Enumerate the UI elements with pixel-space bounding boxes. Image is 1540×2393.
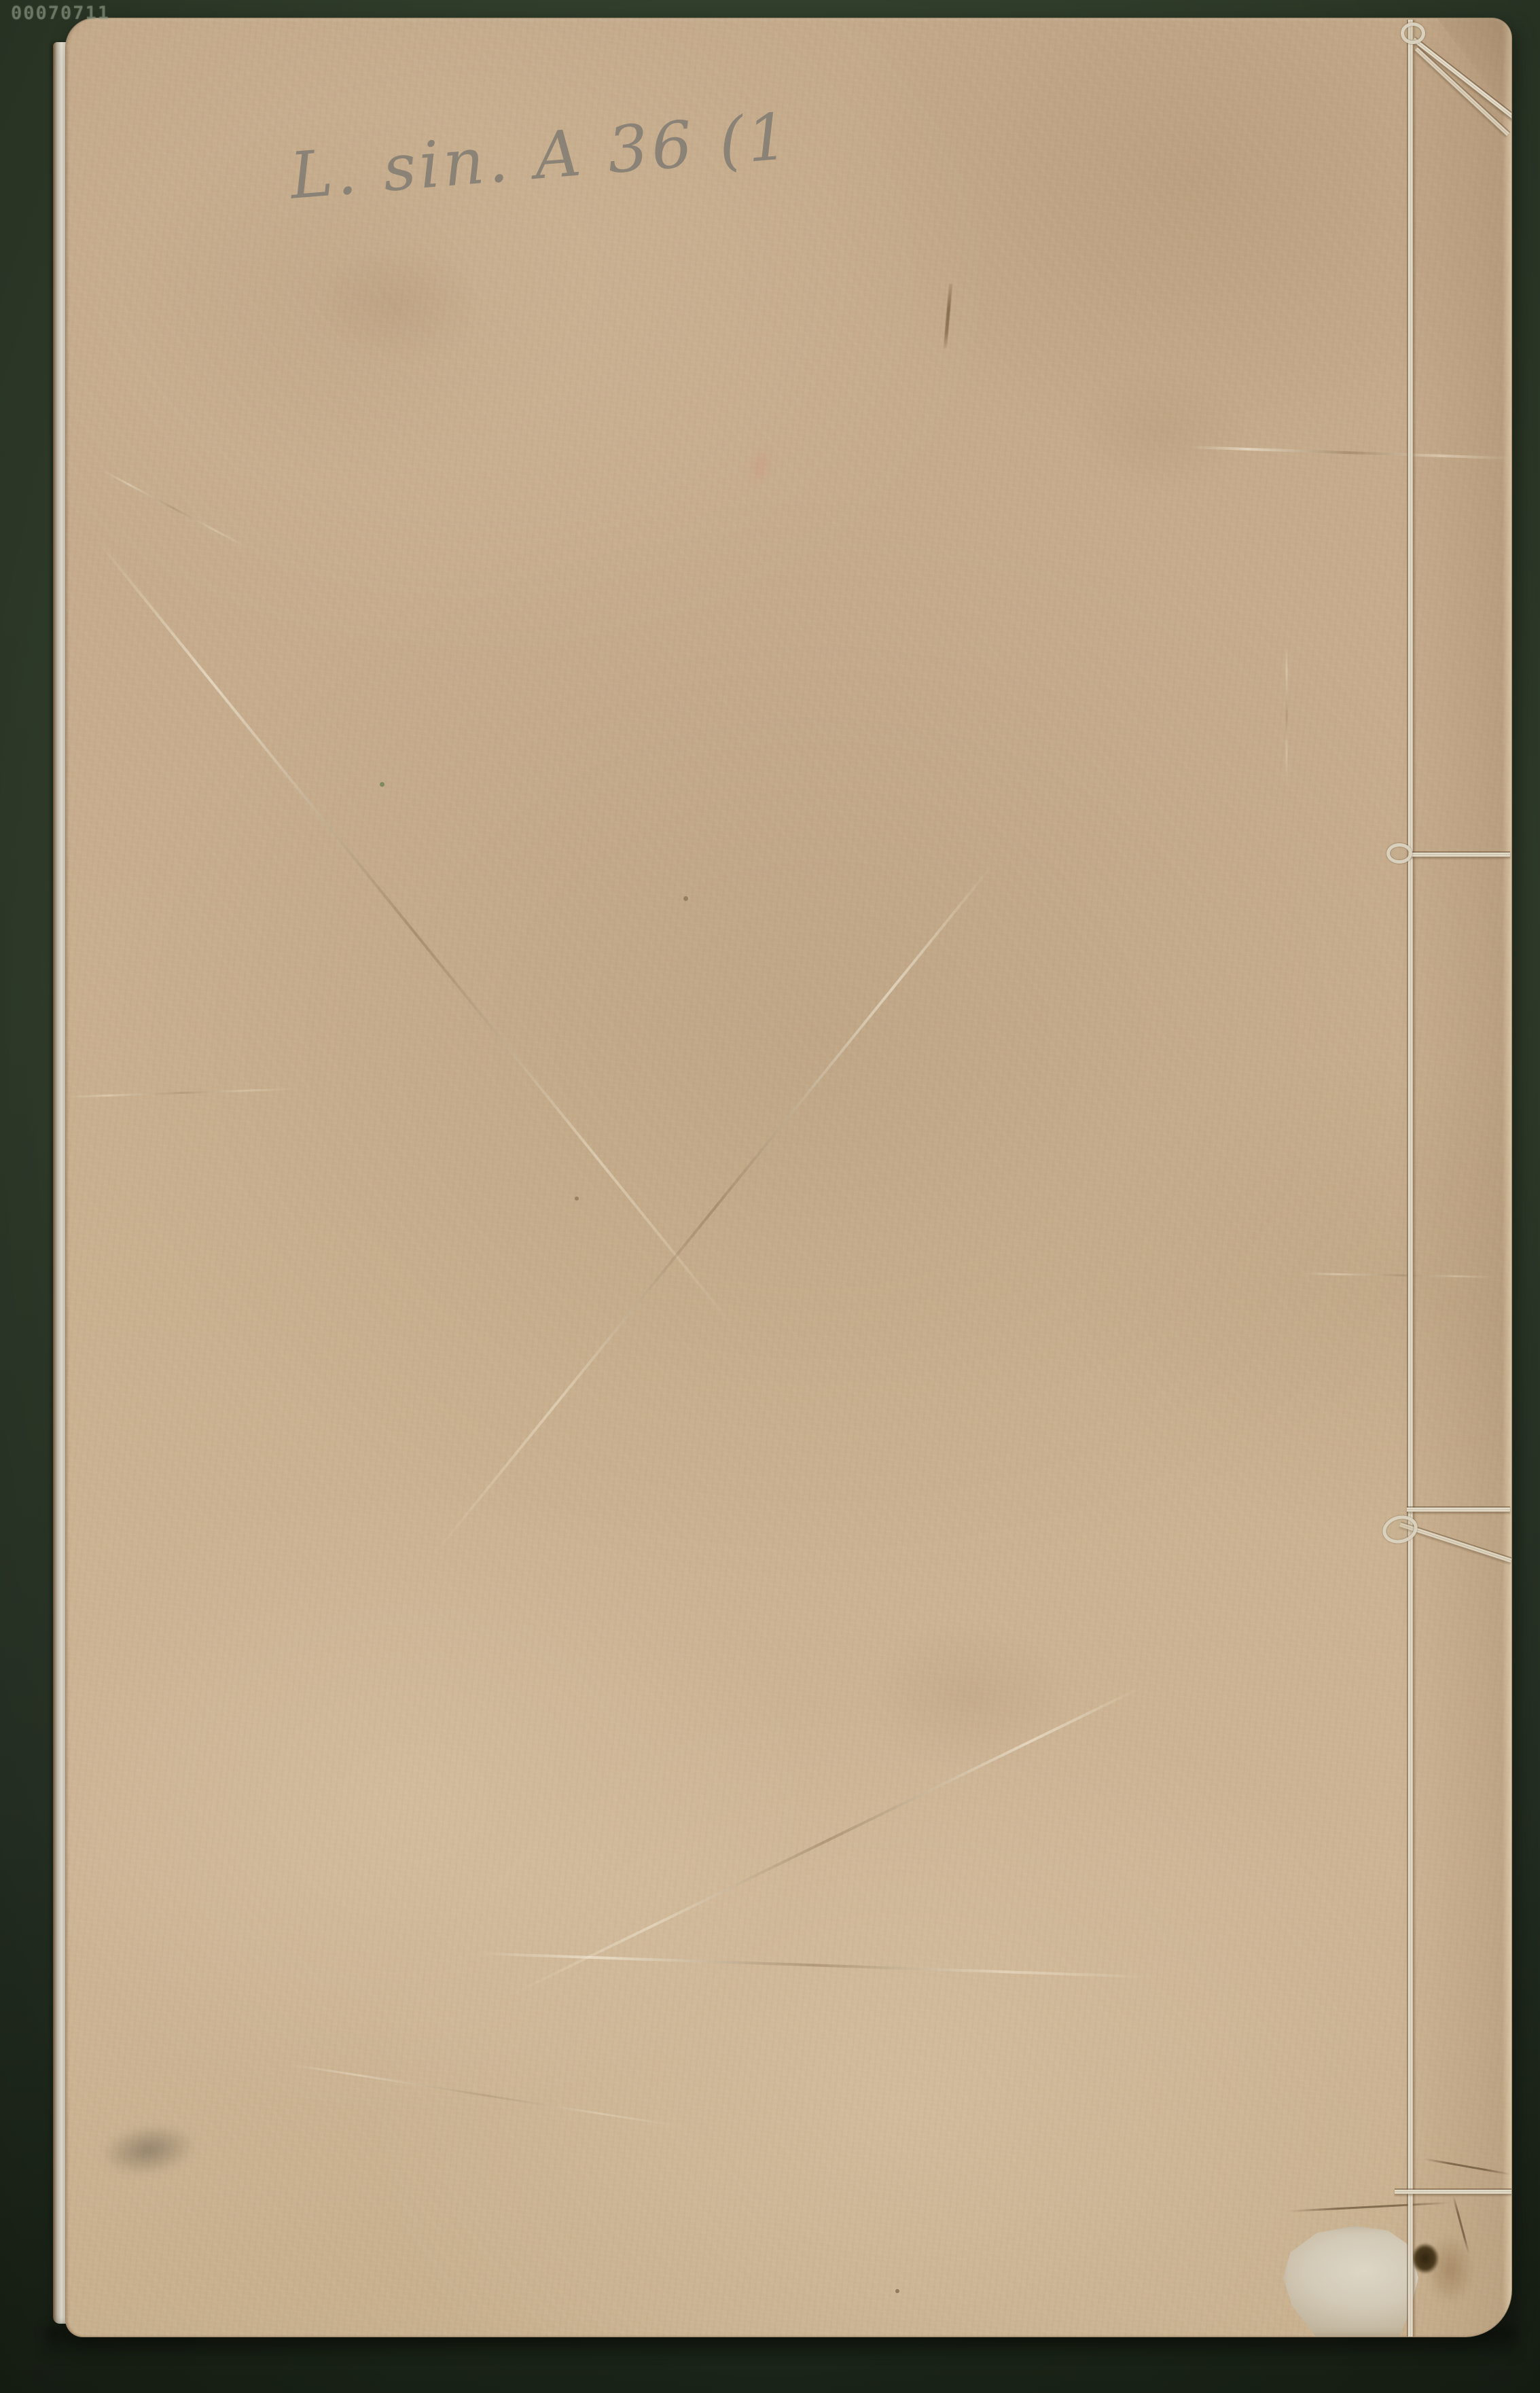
- crease-line: [1286, 648, 1288, 783]
- paper-texture: [66, 18, 1511, 2337]
- crease-line: [102, 469, 247, 548]
- crease-line: [431, 864, 994, 1558]
- paper-speck: [575, 1196, 579, 1201]
- inscription-text: L. sin. A 36 (1: [286, 100, 794, 214]
- book-cover: L. sin. A 36 (1: [65, 18, 1512, 2337]
- inscription: L. sin. A 36 (1: [276, 38, 858, 253]
- paper-speck: [895, 2289, 899, 2293]
- stitch-knot-top: [1401, 22, 1425, 44]
- photo-background: 00070711 L. sin. A 36 (1: [0, 0, 1540, 2393]
- binding-thread-horizontal: [1407, 1506, 1510, 1512]
- paper-speck: [683, 896, 688, 901]
- pink-smudge: [738, 436, 782, 497]
- pencil-tick-mark: [944, 283, 952, 349]
- smudge-stain: [86, 2106, 223, 2191]
- binding-thread-horizontal: [1395, 2188, 1511, 2195]
- crease-line: [66, 1088, 297, 1098]
- paper-stain: [1037, 344, 1282, 521]
- crease-line: [286, 2063, 689, 2129]
- binding-thread-vertical: [1407, 20, 1414, 2337]
- stitch-knot-mid: [1386, 843, 1412, 864]
- paper-stain: [827, 1595, 1112, 1798]
- binding-thread-horizontal: [1408, 851, 1510, 857]
- paper-speck-green: [380, 782, 384, 787]
- watermark-id: 00070711: [11, 4, 110, 22]
- crease-line: [94, 538, 738, 1332]
- crease-line: [476, 1952, 1156, 1979]
